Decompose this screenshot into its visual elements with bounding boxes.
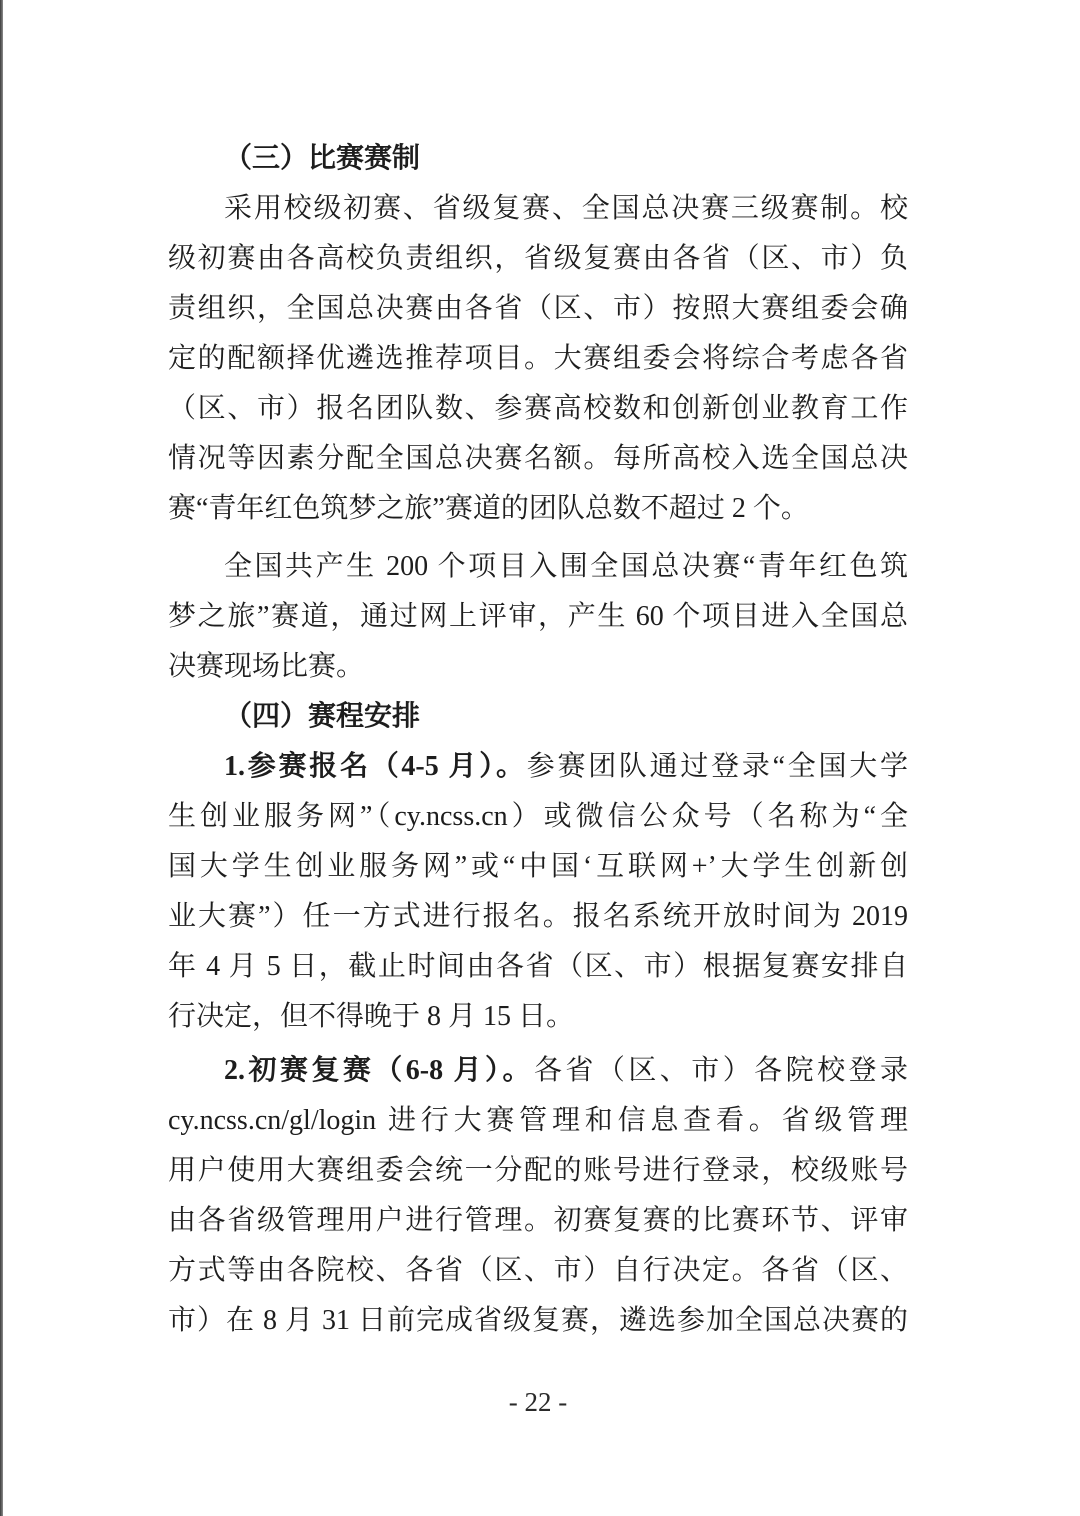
section-heading: （四）赛程安排: [168, 692, 908, 742]
page-number: - 22 -: [509, 1387, 567, 1417]
paragraph-line: 责组织，全国总决赛由各省（区、市）按照大赛组委会确: [168, 284, 908, 334]
page-footer: - 22 -: [168, 1382, 908, 1422]
scan-edge-line: [0, 0, 3, 1516]
paragraph-line: 赛“青年红色筑梦之旅”赛道的团队总数不超过 2 个。: [168, 484, 908, 534]
paragraph-line: 情况等因素分配全国总决赛名额。每所高校入选全国总决: [168, 434, 908, 484]
paragraph-line: 1.参赛报名（4-5 月）。参赛团队通过登录“全国大学: [168, 742, 908, 792]
paragraph-line: 决赛现场比赛。: [168, 642, 908, 692]
paragraph-line: 级初赛由各高校负责组织，省级复赛由各省（区、市）负: [168, 234, 908, 284]
paragraph-line: 全国共产生 200 个项目入围全国总决赛“青年红色筑: [168, 542, 908, 592]
step-label: 2.初赛复赛（6-8 月）。: [224, 1055, 534, 1086]
line-text: 各省（区、市）各院校登录: [534, 1055, 908, 1086]
paragraph-line: 由各省级管理用户进行管理。初赛复赛的比赛环节、评审: [168, 1196, 908, 1246]
paragraph-line: 国大学生创业服务网”或“中国‘互联网+’大学生创新创: [168, 842, 908, 892]
paragraph-line: 2.初赛复赛（6-8 月）。各省（区、市）各院校登录: [168, 1046, 908, 1096]
paragraph: 采用校级初赛、省级复赛、全国总决赛三级赛制。校 级初赛由各高校负责组织，省级复赛…: [168, 184, 908, 534]
paragraph-line: 用户使用大赛组委会统一分配的账号进行登录，校级账号: [168, 1146, 908, 1196]
paragraph-line: 市）在 8 月 31 日前完成省级复赛，遴选参加全国总决赛的: [168, 1296, 908, 1346]
paragraph-line: 业大赛”）任一方式进行报名。报名系统开放时间为 2019: [168, 892, 908, 942]
step-label: 1.参赛报名（4-5 月）。: [224, 751, 527, 782]
document-body: （三）比赛赛制 采用校级初赛、省级复赛、全国总决赛三级赛制。校 级初赛由各高校负…: [168, 134, 908, 1346]
paragraph-line: 生创业服务网”（cy.ncss.cn）或微信公众号（名称为“全: [168, 792, 908, 842]
section-schedule: （四）赛程安排 1.参赛报名（4-5 月）。参赛团队通过登录“全国大学 生创业服…: [168, 692, 908, 1346]
paragraph-line: 采用校级初赛、省级复赛、全国总决赛三级赛制。校: [168, 184, 908, 234]
paragraph-registration: 1.参赛报名（4-5 月）。参赛团队通过登录“全国大学 生创业服务网”（cy.n…: [168, 742, 908, 1042]
paragraph-line: 定的配额择优遴选推荐项目。大赛组委会将综合考虑各省: [168, 334, 908, 384]
paragraph-line: （区、市）报名团队数、参赛高校数和创新创业教育工作: [168, 384, 908, 434]
paragraph: 全国共产生 200 个项目入围全国总决赛“青年红色筑 梦之旅”赛道，通过网上评审…: [168, 542, 908, 692]
paragraph-line: 年 4 月 5 日，截止时间由各省（区、市）根据复赛安排自: [168, 942, 908, 992]
section-heading: （三）比赛赛制: [168, 134, 908, 184]
paragraph-line: 行决定，但不得晚于 8 月 15 日。: [168, 992, 908, 1042]
paragraph-line: cy.ncss.cn/gl/login 进行大赛管理和信息查看。省级管理: [168, 1096, 908, 1146]
paragraph-preliminary: 2.初赛复赛（6-8 月）。各省（区、市）各院校登录 cy.ncss.cn/gl…: [168, 1046, 908, 1346]
line-text: 参赛团队通过登录“全国大学: [527, 751, 908, 782]
paragraph-line: 梦之旅”赛道，通过网上评审，产生 60 个项目进入全国总: [168, 592, 908, 642]
document-page: （三）比赛赛制 采用校级初赛、省级复赛、全国总决赛三级赛制。校 级初赛由各高校负…: [0, 0, 1080, 1516]
section-competition-format: （三）比赛赛制 采用校级初赛、省级复赛、全国总决赛三级赛制。校 级初赛由各高校负…: [168, 134, 908, 692]
paragraph-line: 方式等由各院校、各省（区、市）自行决定。各省（区、: [168, 1246, 908, 1296]
